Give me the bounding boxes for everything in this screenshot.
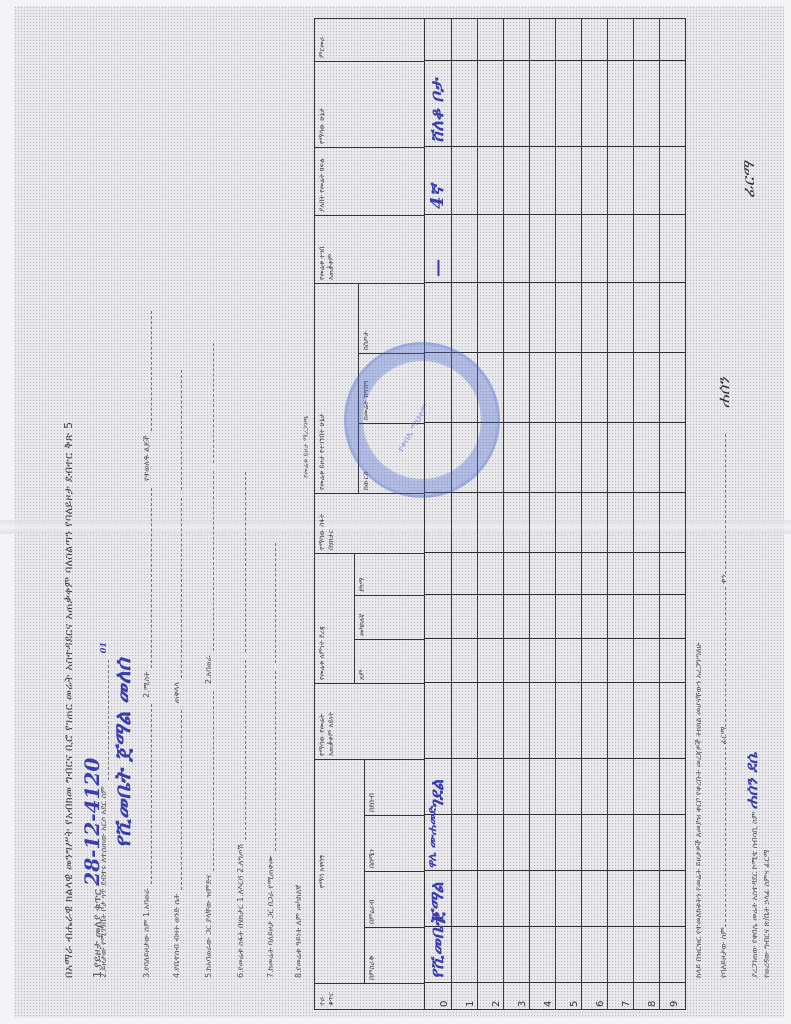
field-land-type: 8.የመሬቱ ዓይነት ለም መካከለኛ: [294, 885, 304, 978]
footer-declaration: ከላይ በዝርዝር የተመለከቱትን የመሬት ይዞታዎች ለመያዝ ቀርቦ የ…: [694, 642, 704, 978]
field-relationship: 5.ከአባወራው ጋር ያላቸው ዝምድና 2.አባወራ: [204, 339, 214, 978]
rotated-form-page: በአማራ ብሔራዊ ክልላዊ መንግሥት የአብክመ ግብርና ቢሮ የገጠር …: [14, 18, 774, 1018]
cell-west: ጀማል: [427, 882, 448, 923]
header-boundaries: የማሳ አዋሳኝ: [315, 759, 365, 983]
committee-name-handwritten: ሐሰን ደሴ: [742, 752, 761, 809]
signature-1: ሐሰን: [714, 377, 734, 408]
cell-south: ገደል: [427, 780, 448, 809]
header-land-use: የማሳው የመሬት አጠቃቀም አይነት: [315, 683, 425, 759]
header-area: የማሳው ስፋት በሄክታር: [315, 493, 425, 553]
field-family-size: 4.የቤተሰብ ብዛት ወንድ ሴት ጠቅላላ: [172, 366, 182, 978]
owner-name-handwritten: የሺመቤት ጀማል መለሰ: [110, 658, 136, 848]
cell-quality: 4ኛ: [427, 185, 448, 209]
cell-remark: ሸለቆ ቦታ: [427, 79, 448, 143]
cell-east: የሺመቤት: [427, 915, 448, 979]
header-land-class: ያለበት የመሬት ክፍል: [315, 147, 425, 215]
signature-2: ፊርማ: [739, 162, 759, 198]
field-location: 2.ይዞታው የሚገኝበት ቦታ ጎጥ ደብተሩ ለተሰጠው አርሶ አደር ስ…: [98, 642, 109, 978]
header-proper-use: የመሬቱ ተገቢ አጠቃቀም: [315, 215, 425, 283]
header-status: የማሳው ሁኔታ: [315, 61, 425, 147]
field-land-size: 6.የመሬቱ ስፋት በሄክታር 1.ለእርሻ 2.ለግጦሽ: [236, 468, 246, 978]
cell-north: ዋሌ ሙሐመድ: [425, 807, 440, 869]
field-owner-name: የሺመቤት ጀማል መለሰ: [110, 658, 136, 848]
footer-holder-sign: የባለይዞታው ስም ፊርማ ቀን: [719, 434, 729, 978]
header-fertility: የመሬቱ ለምነት ደረጃ: [315, 553, 355, 683]
footer-committee-sign: ያረጋገጠው የቀበሌ መሬት አስተዳደር ኮሚቴ ሰብሳቢ ስም ሐሰን ደ…: [742, 752, 762, 978]
form-title: በአማራ ብሔራዊ ክልላዊ መንግሥት የአብክመ ግብርና ቢሮ የገጠር …: [62, 422, 76, 978]
parcel-table: ተራ ቁጥር የማሳ አዋሳኝ በምስራቅ በምዕራብ በሰሜን በደቡብ የማ…: [314, 18, 686, 1010]
header-serial: ተራ ቁጥር: [315, 983, 425, 1009]
field-holder-names: 3.የባለይዞታው ስም 1.አባወራ 2.ሚስት የተወለዱ ልጆች: [142, 307, 152, 978]
official-stamp: የቀበሌ ማህተም: [344, 342, 500, 498]
footer-office-head: የወረዳው ግብርና ጽ/ቤት ኃላፊ ስምና ፊርማ: [762, 850, 772, 978]
cell-land-use: —: [427, 259, 448, 277]
header-remark: ምርመራ: [315, 19, 425, 61]
field-joint-users: 7.ከመሬት ባለይዞታ ጋር በጋራ የሚጠቀሙ: [266, 539, 276, 978]
section-note: የመሬቱ ይዞታ ማረጋገጫ: [302, 416, 311, 478]
